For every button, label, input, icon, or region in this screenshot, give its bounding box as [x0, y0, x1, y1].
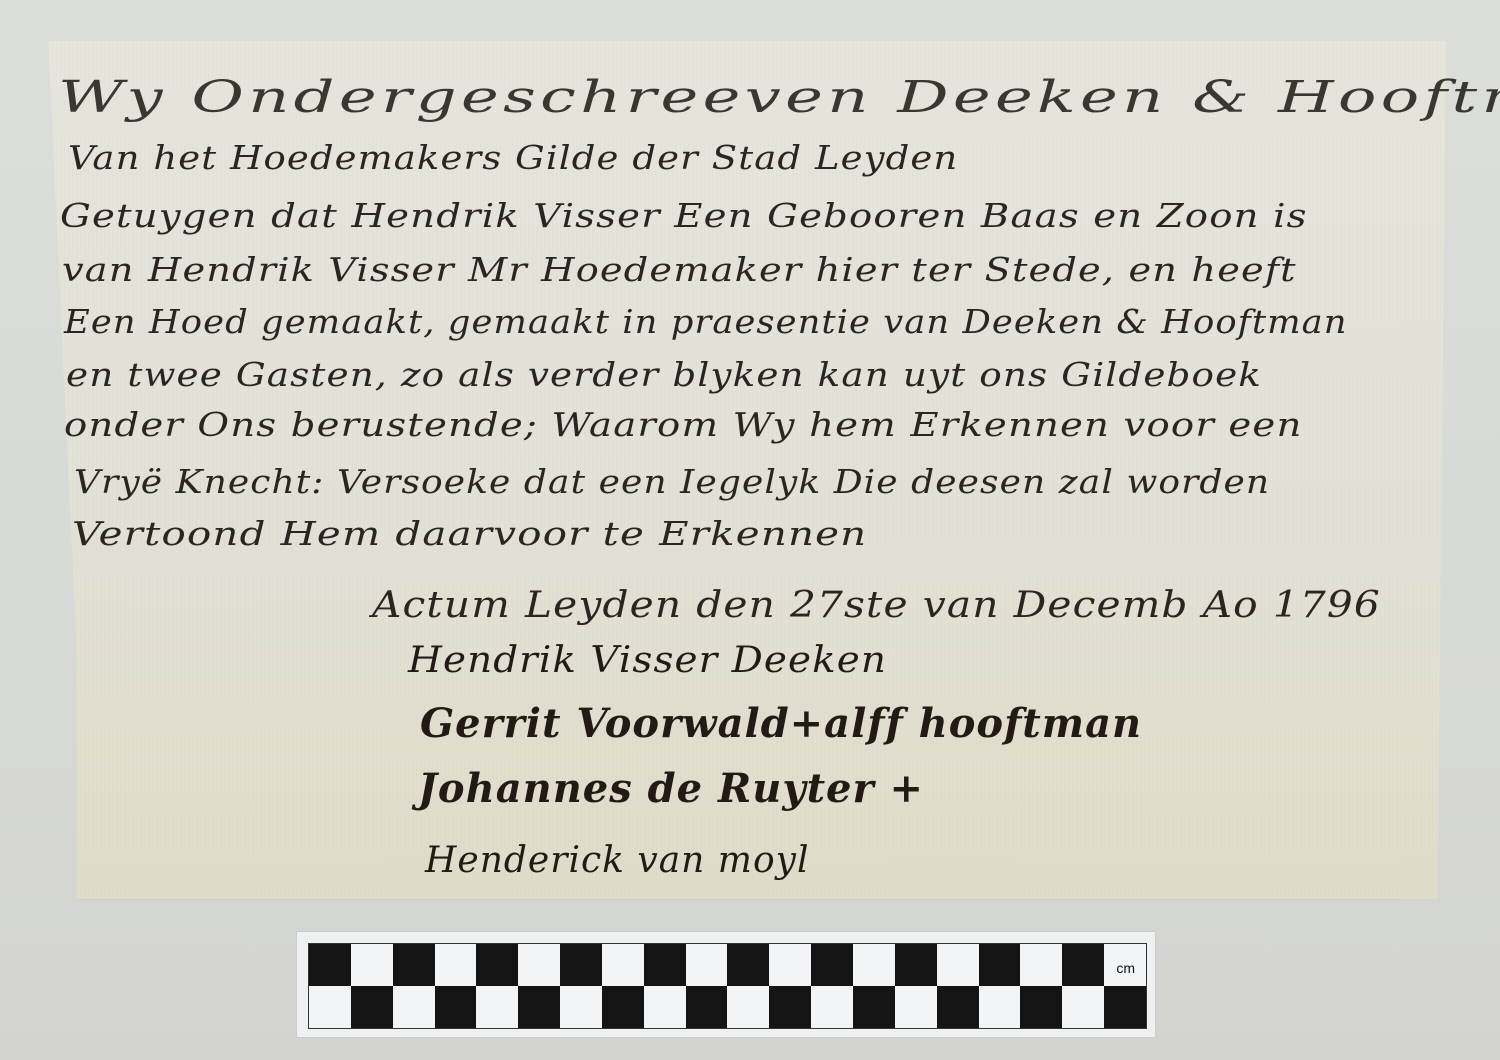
scale-bar: cm — [297, 932, 1155, 1037]
scale-unit-label: cm — [1116, 960, 1135, 976]
signature-3: Johannes de Ruyter + — [418, 765, 924, 812]
signature-2: Gerrit Voorwald+alff hooftman — [420, 700, 1142, 747]
text-line-2: Van het Hoedemakers Gilde der Stad Leyde… — [68, 138, 958, 177]
text-line-7: onder Ons berustende; Waarom Wy hem Erke… — [64, 405, 1302, 444]
text-line-5: Een Hoed gemaakt, gemaakt in praesentie … — [64, 302, 1348, 341]
signature-4: Henderick van moyl — [425, 840, 809, 881]
heading-line: Wy Ondergeschreeven Deeken & Hooftman ! — [58, 72, 1500, 123]
text-line-3: Getuygen dat Hendrik Visser Een Gebooren… — [60, 196, 1308, 235]
text-line-8: Vryë Knecht: Versoeke dat een Iegelyk Di… — [74, 462, 1270, 501]
text-line-6: en twee Gasten, zo als verder blyken kan… — [66, 355, 1262, 394]
text-line-9: Vertoond Hem daarvoor te Erkennen — [72, 514, 867, 553]
scale-checker — [308, 943, 1147, 1029]
text-line-4: van Hendrik Visser Mr Hoedemaker hier te… — [62, 250, 1297, 289]
signature-1: Hendrik Visser Deeken — [408, 640, 887, 681]
dateline: Actum Leyden den 27ste van Decemb Ao 179… — [372, 585, 1381, 626]
